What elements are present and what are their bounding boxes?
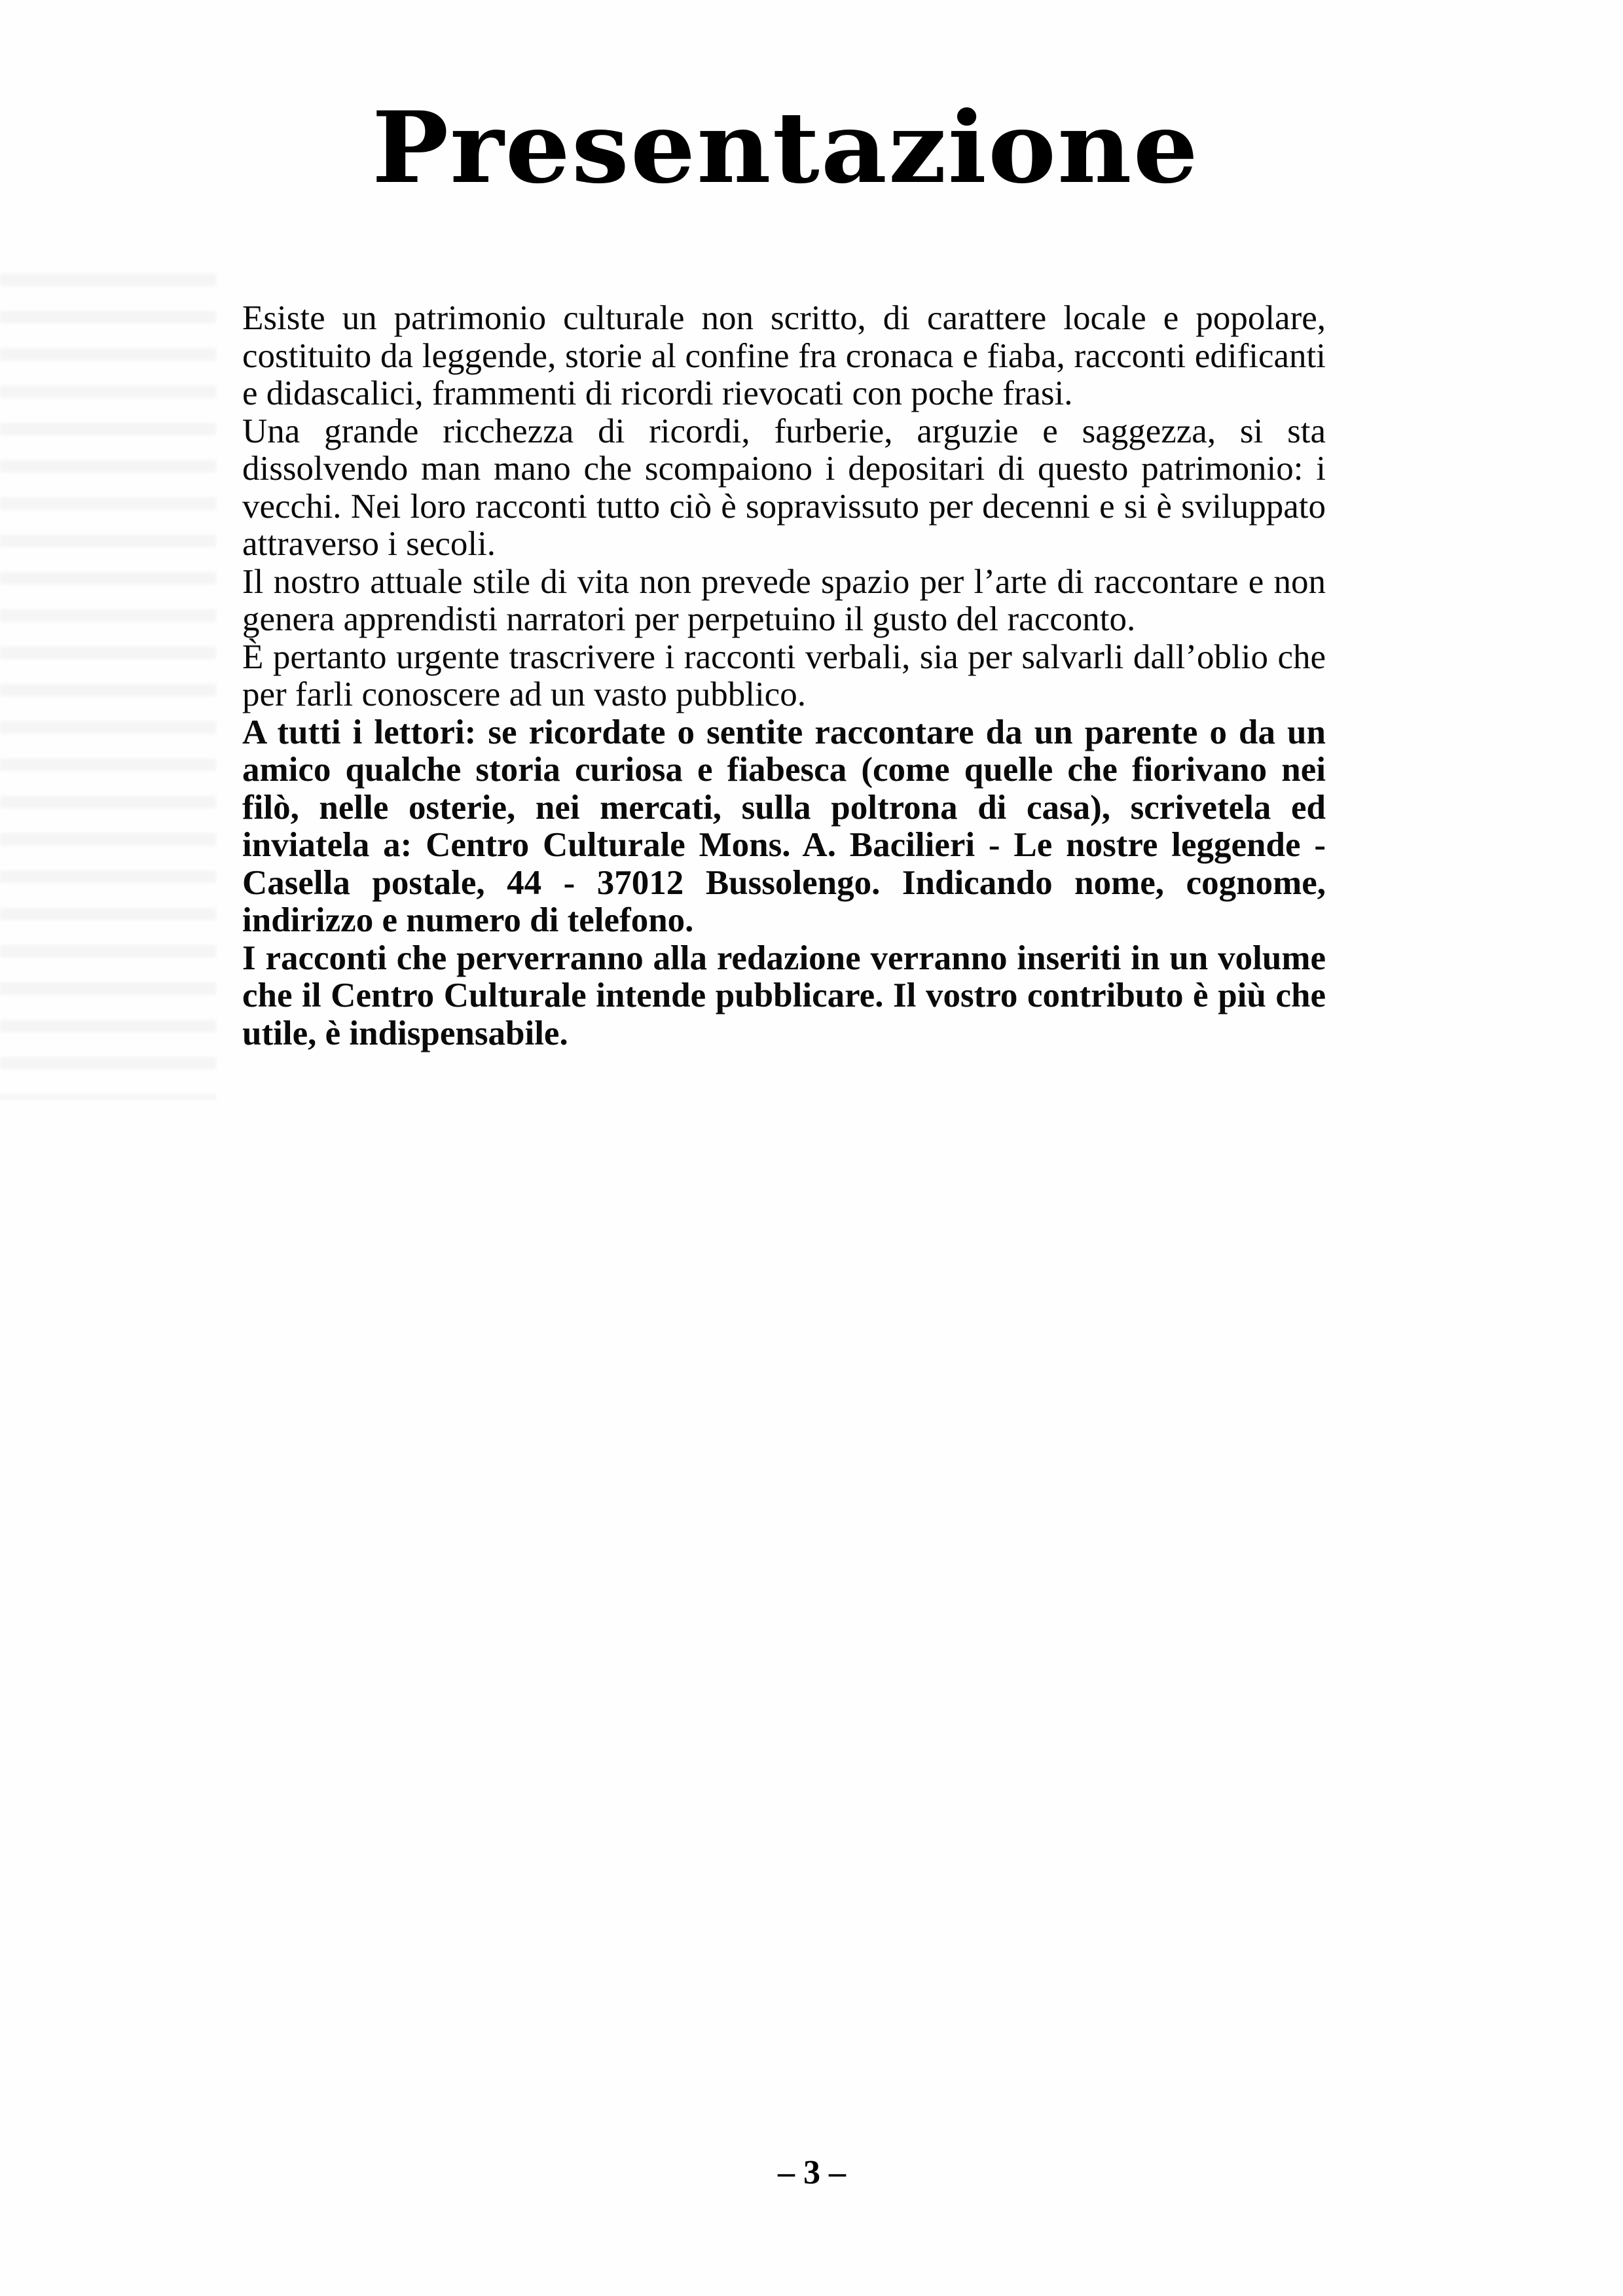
page-number: – 3 – xyxy=(720,2153,903,2193)
paragraph-publication: I racconti che perverranno alla redazion… xyxy=(242,940,1326,1053)
paragraph-intro: Esiste un patrimonio culturale non scrit… xyxy=(242,300,1326,413)
scanned-page: Presentazione Esiste un patrimonio cultu… xyxy=(0,0,1623,2296)
bleed-through-shadow xyxy=(0,249,216,1100)
paragraph-heritage: Una grande ricchezza di ricordi, furberi… xyxy=(242,413,1326,564)
paragraph-lifestyle: Il nostro attuale stile di vita non prev… xyxy=(242,564,1326,639)
paragraph-call-to-readers: A tutti i lettori: se ricordate o sentit… xyxy=(242,714,1326,940)
page-title: Presentazione xyxy=(295,92,1276,204)
body-text: Esiste un patrimonio culturale non scrit… xyxy=(242,300,1326,1052)
paragraph-urgency: È pertanto urgente trascrivere i raccont… xyxy=(242,639,1326,714)
